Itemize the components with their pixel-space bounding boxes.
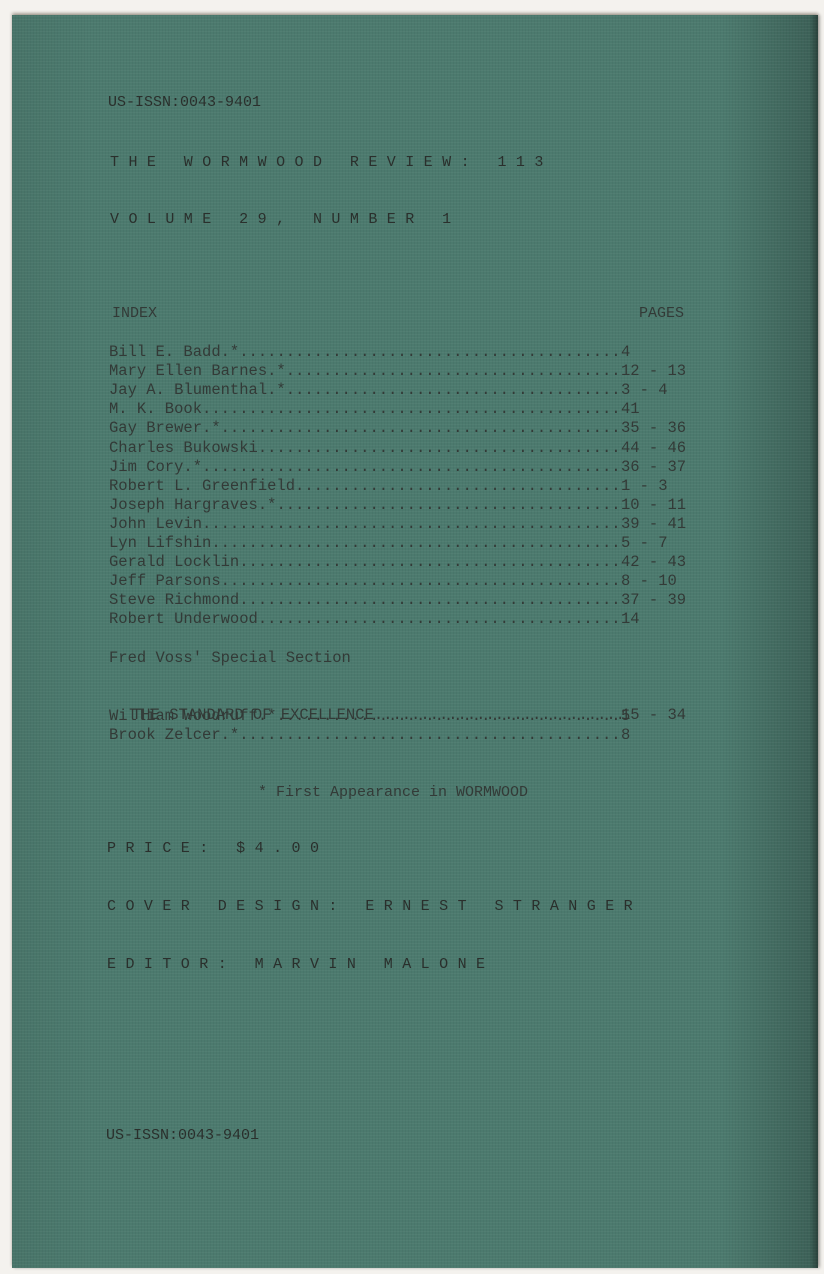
page-range: 35 - 36 [621,419,709,438]
index-entry: M. K. Book..............................… [109,400,709,419]
dot-leader: ........................................… [286,362,621,381]
dot-leader: ........................................… [276,707,621,726]
index-entry: Joseph Hargraves.*......................… [109,496,709,515]
dot-leader: ........................................… [276,496,621,515]
price: PRICE: $4.00 [107,840,328,857]
index-entry: Bill E. Badd.*..........................… [109,343,709,362]
index-entry: Lyn Lifshin.............................… [109,534,709,553]
page-range: 12 - 13 [621,362,709,381]
page-range: 10 - 11 [621,496,709,515]
dot-leader: ........................................… [258,610,621,629]
author-name: Robert L. Greenfield [109,477,295,496]
special-section-entry: THE STANDARD OF EXCELLENCE .............… [109,668,709,687]
author-name: Joseph Hargraves.* [109,496,276,515]
dot-leader: ........................................… [239,591,621,610]
cover-design-credit: COVER DESIGN: ERNEST STRANGER [107,898,642,915]
author-name: Mary Ellen Barnes.* [109,362,286,381]
dot-leader: ........................................… [221,572,621,591]
back-cover [12,15,818,1268]
author-name: John Levin [109,515,202,534]
footnote: * First Appearance in WORMWOOD [258,784,528,801]
dot-leader: ........................................… [239,553,621,572]
index-entry: Robert L. Greenfield....................… [109,477,709,496]
index-entry: John Levin..............................… [109,515,709,534]
page-range: 3 - 4 [621,381,709,400]
index-entry: Robert Underwood........................… [109,610,709,629]
author-name: Jay A. Blumenthal.* [109,381,286,400]
editor-credit: EDITOR: MARVIN MALONE [107,956,494,973]
index-header-label: INDEX [112,305,157,322]
dot-leader: ........................................… [202,400,621,419]
page-range: 5 - 7 [621,534,709,553]
author-name: M. K. Book [109,400,202,419]
index-entry: Gerald Locklin..........................… [109,553,709,572]
author-name: Charles Bukowski [109,439,258,458]
index-entry: Jim Cory.*..............................… [109,458,709,477]
author-name: Jim Cory.* [109,458,202,477]
index-entry: Jeff Parsons............................… [109,572,709,591]
dot-leader: ........................................… [202,458,621,477]
index-entry: William Woodruff.*......................… [109,707,709,726]
page-range: 37 - 39 [621,591,709,610]
dot-leader: ........................................… [258,439,621,458]
page-range: 5 [621,707,709,726]
journal-title: THE WORMWOOD REVIEW: 113 [110,154,553,171]
index-entry: Jay A. Blumenthal.*.....................… [109,381,709,400]
page-range: 42 - 43 [621,553,709,572]
dot-leader: ........................................… [239,726,621,745]
dot-leader: ........................................… [221,419,621,438]
index-entry: Brook Zelcer.*..........................… [109,726,709,745]
author-name: Jeff Parsons [109,572,221,591]
index-entry: Charles Bukowski........................… [109,439,709,458]
author-name: Robert Underwood [109,610,258,629]
author-name: Gay Brewer.* [109,419,221,438]
issn-bottom: US-ISSN:0043-9401 [106,1127,259,1144]
dot-leader: ........................................… [239,343,621,362]
author-name: Gerald Locklin [109,553,239,572]
page-range: 39 - 41 [621,515,709,534]
pages-header-label: PAGES [639,305,684,322]
special-section-heading: Fred Voss' Special Section [109,649,351,667]
index-entry: Steve Richmond..........................… [109,591,709,610]
page-range: 1 - 3 [621,477,709,496]
index-entry: Gay Brewer.*............................… [109,419,709,438]
author-name: Brook Zelcer.* [109,726,239,745]
author-name: Steve Richmond [109,591,239,610]
page-range: 44 - 46 [621,439,709,458]
page-range: 14 [621,610,709,629]
page-range: 36 - 37 [621,458,709,477]
volume-number: VOLUME 29, NUMBER 1 [110,211,461,228]
dot-leader: ........................................… [202,515,621,534]
author-name: William Woodruff.* [109,707,276,726]
index-entry: Mary Ellen Barnes.*.....................… [109,362,709,381]
dot-leader: ........................................… [295,477,621,496]
author-name: Lyn Lifshin [109,534,211,553]
dot-leader: ........................................… [286,381,621,400]
page-range: 41 [621,400,709,419]
page-range: 8 - 10 [621,572,709,591]
author-name: Bill E. Badd.* [109,343,239,362]
page-range: 4 [621,343,709,362]
page-range: 8 [621,726,709,745]
dot-leader: ........................................… [211,534,621,553]
issn-top: US-ISSN:0043-9401 [108,94,261,111]
